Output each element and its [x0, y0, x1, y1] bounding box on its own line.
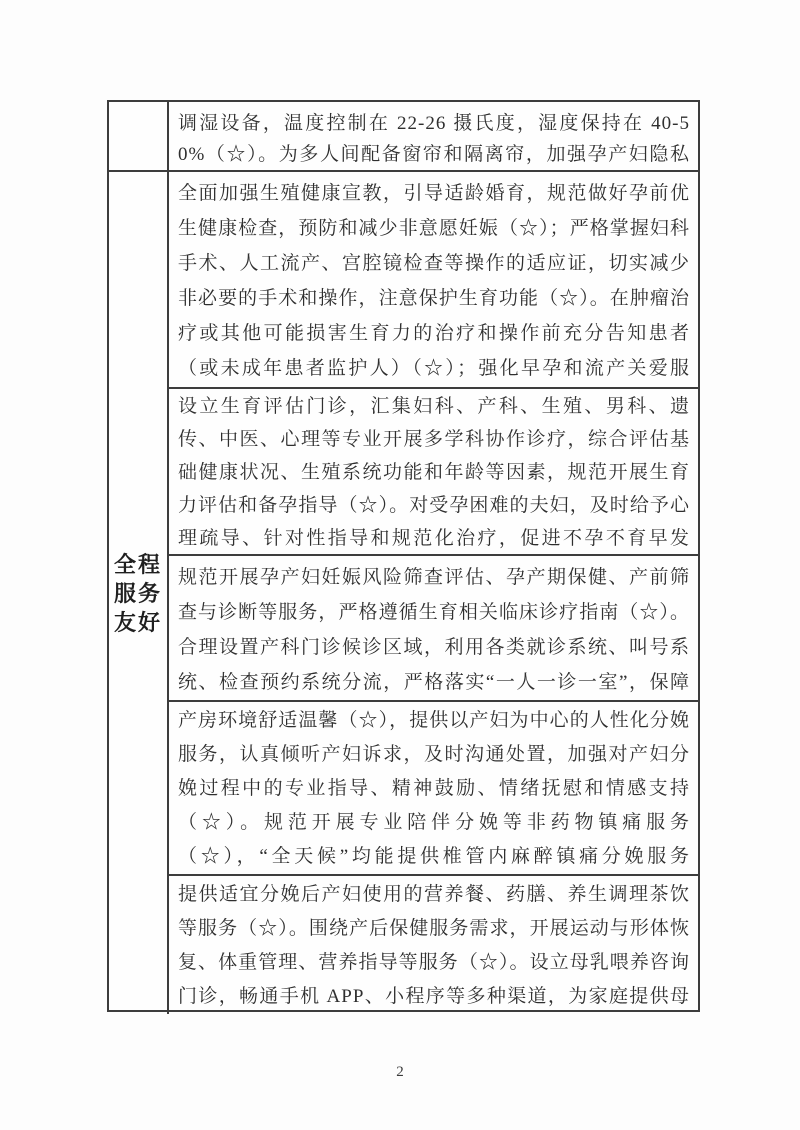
category-cell-empty: [109, 102, 169, 170]
table-row: 产房环境舒适温馨（☆），提供以产妇为中心的人性化分娩服务，认真倾听产妇诉求，及时…: [169, 700, 698, 874]
category-label-line: 友好: [114, 608, 162, 637]
table-row: 规范开展孕产妇妊娠风险筛查评估、孕产期保健、产前筛查与诊断等服务，严格遵循生育相…: [169, 554, 698, 700]
row-text: 设立生育评估门诊，汇集妇科、产科、生殖、男科、遗传、中医、心理等专业开展多学科协…: [178, 396, 690, 554]
table-row: 设立生育评估门诊，汇集妇科、产科、生殖、男科、遗传、中医、心理等专业开展多学科协…: [169, 387, 698, 554]
category-cell: 全程 服务 友好: [109, 170, 169, 1014]
table-row: 调湿设备，温度控制在 22-26 摄氏度，湿度保持在 40-50%（☆）。为多人…: [169, 102, 698, 170]
row-text: 全面加强生殖健康宣教，引导适龄婚育，规范做好孕前优生健康检查，预防和减少非意愿妊…: [178, 183, 690, 387]
category-label-line: 全程: [114, 550, 162, 579]
row-text: 调湿设备，温度控制在 22-26 摄氏度，湿度保持在 40-50%（☆）。为多人…: [178, 113, 690, 170]
category-label-line: 服务: [114, 579, 162, 608]
row-text: 规范开展孕产妇妊娠风险筛查评估、孕产期保健、产前筛查与诊断等服务，严格遵循生育相…: [178, 567, 690, 700]
table-row: 提供适宜分娩后产妇使用的营养餐、药膳、养生调理茶饮等服务（☆）。围绕产后保健服务…: [169, 874, 698, 1014]
service-criteria-table: 调湿设备，温度控制在 22-26 摄氏度，湿度保持在 40-50%（☆）。为多人…: [107, 100, 700, 1012]
page-number: 2: [0, 1064, 800, 1081]
table-row: 全面加强生殖健康宣教，引导适龄婚育，规范做好孕前优生健康检查，预防和减少非意愿妊…: [169, 170, 698, 387]
row-text: 产房环境舒适温馨（☆），提供以产妇为中心的人性化分娩服务，认真倾听产妇诉求，及时…: [178, 710, 690, 874]
row-text: 提供适宜分娩后产妇使用的营养餐、药膳、养生调理茶饮等服务（☆）。围绕产后保健服务…: [178, 884, 690, 1014]
